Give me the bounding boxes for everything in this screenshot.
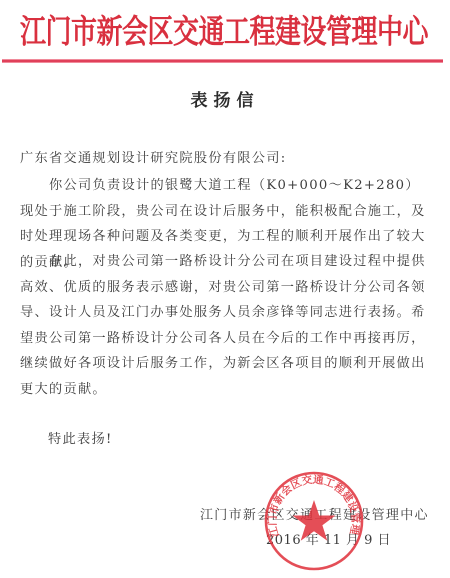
letterhead-divider [2,59,443,63]
letterhead-organization: 江门市新会区交通工程建设管理中心 [14,6,434,52]
signature-organization: 江门市新会区交通工程建设管理中心 [200,504,429,523]
signature-date: 2016 年 11 月 9 日 [266,529,391,548]
salutation: 广东省交通规划设计研究院股份有限公司: [20,146,432,172]
body-paragraph-2: 在此，对贵公司第一路桥设计分公司在项目建设过程中提供高效、优质的服务表示感谢，对… [20,249,432,402]
closing-line: 特此表扬! [48,427,450,453]
document-title: 表扬信 [0,86,450,111]
